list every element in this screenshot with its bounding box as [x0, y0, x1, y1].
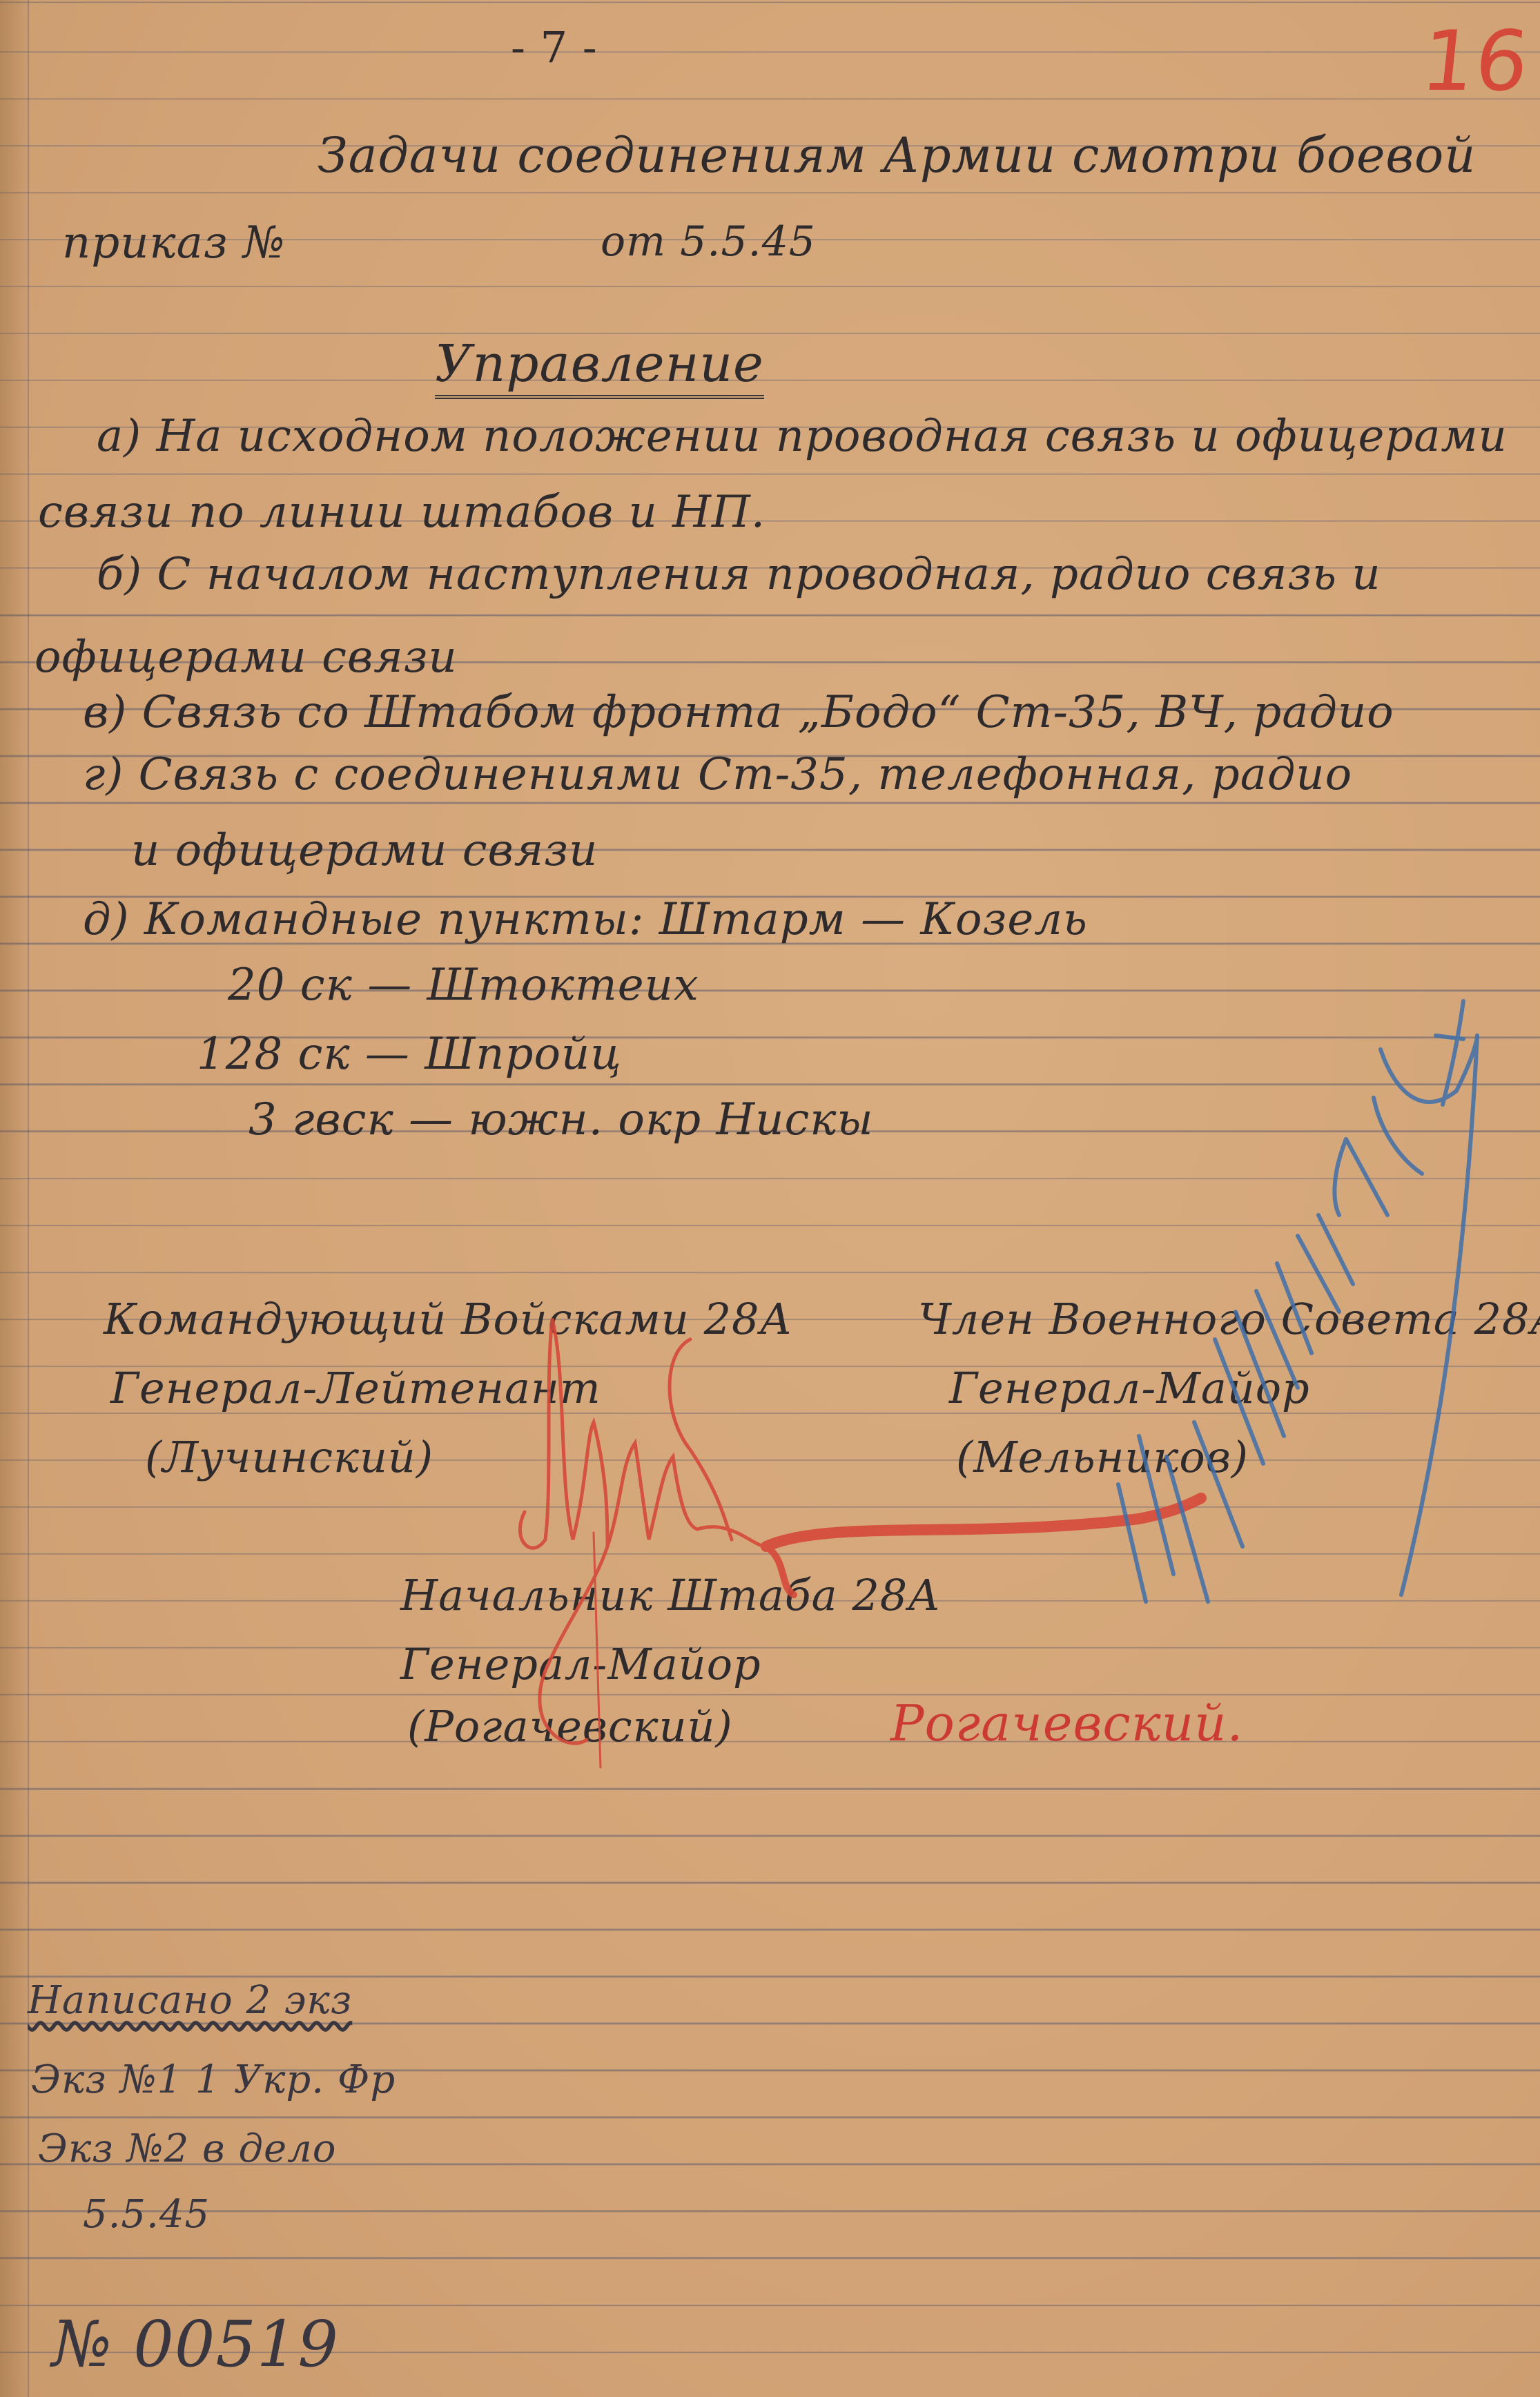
archive-sheet-number: 16 [1418, 21, 1533, 104]
copy-item: Экз №2 в дело [38, 2130, 336, 2168]
copies-heading: Написано 2 экз [28, 1981, 352, 2020]
signatory-center-title: Начальник Штаба 28А [400, 1574, 941, 1617]
list-item: связи по линии штабов и НП. [38, 490, 766, 534]
list-item: офицерами связи [35, 635, 458, 679]
command-post-item: 128 ск — Шпройц [197, 1032, 622, 1076]
order-date: от 5.5.45 [601, 221, 816, 262]
margin-line [28, 0, 29, 2397]
paper-background [0, 0, 1540, 2397]
list-item: д) Командные пункты: Штарм — Козель [83, 897, 1088, 942]
list-item: и офицерами связи [131, 828, 598, 873]
section-heading: Управление [435, 338, 764, 399]
signatory-left-rank: Генерал-Лейтенант [110, 1367, 601, 1410]
command-post-item: 3 гвск — южн. окр Нискы [248, 1098, 874, 1142]
order-reference: приказ № [62, 221, 286, 265]
list-item: а) На исходном положении проводная связь… [97, 414, 1508, 458]
list-item: г) Связь с соединениями Ст-35, телефонна… [83, 753, 1352, 797]
document-title: Задачи соединениям Армии смотри боевой [318, 131, 1476, 179]
command-post-item: 20 ск — Штоктеих [228, 963, 699, 1007]
signatory-left-title: Командующий Войсками 28А [104, 1298, 792, 1341]
signatory-center-name: (Рогачевский) [407, 1705, 733, 1748]
copy-item: Экз №1 1 Укр. Фр [31, 2061, 396, 2099]
signatory-right-title: Член Военного Совета 28А [918, 1298, 1540, 1341]
document-number: № 00519 [52, 2313, 339, 2376]
list-item: в) Связь со Штабом фронта „Бодо“ Ст-35, … [83, 690, 1394, 735]
signatory-right-name: (Мельников) [956, 1436, 1249, 1479]
footer-date: 5.5.45 [83, 2195, 210, 2234]
page-number: - 7 - [511, 26, 598, 69]
list-item: б) С началом наступления проводная, ради… [97, 552, 1381, 596]
signatory-left-name: (Лучинский) [145, 1436, 433, 1479]
signature-center-handwritten: Рогачевский. [890, 1698, 1243, 1748]
signatory-center-rank: Генерал-Майор [400, 1643, 761, 1686]
signatory-right-rank: Генерал-Майор [949, 1367, 1310, 1410]
